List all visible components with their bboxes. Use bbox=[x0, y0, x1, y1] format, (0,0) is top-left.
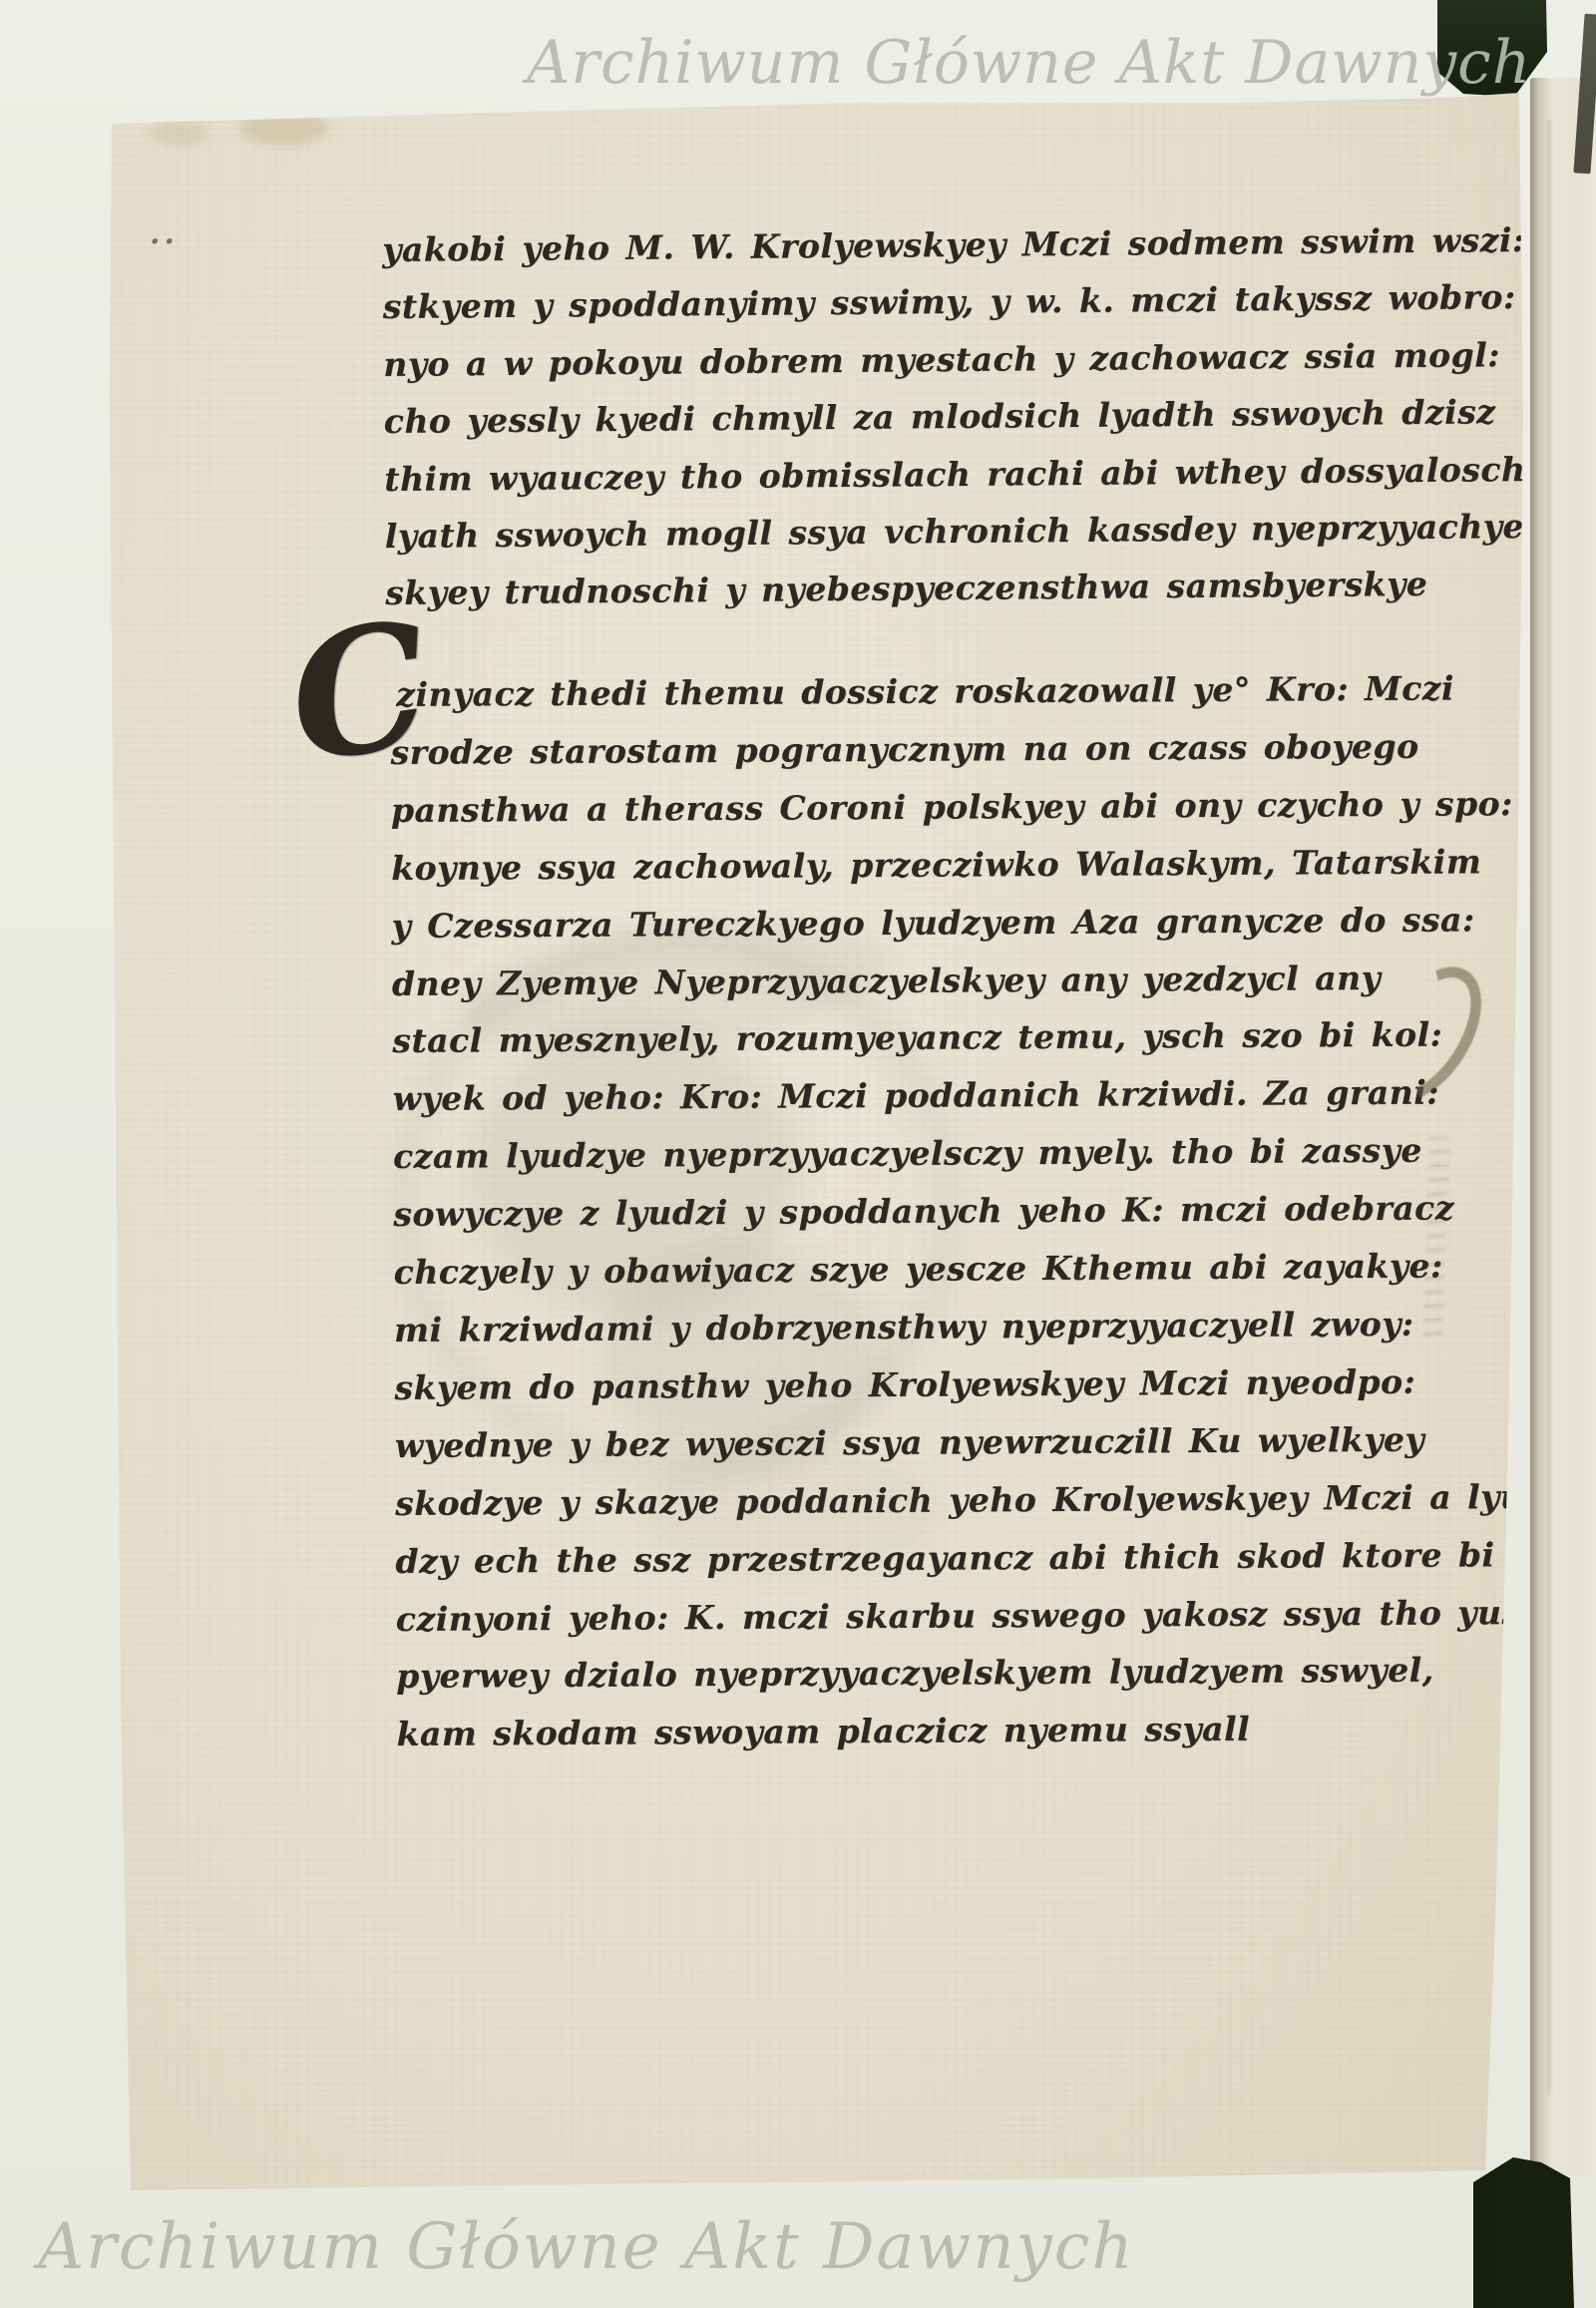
manuscript-line: cho yessly kyedi chmyll za mlodsich lyad… bbox=[384, 383, 1549, 451]
manuscript-line: pansthwa a therass Coroni polskyey abi o… bbox=[391, 774, 1596, 839]
manuscript-line: skodzye y skazye poddanich yeho Krolyews… bbox=[395, 1467, 1596, 1532]
handwritten-paragraph-2-rest: srodze starostam pogranycznym na on czas… bbox=[390, 716, 1596, 1763]
manuscript-line: skyey trudnoschi y nyebespyeczensthwa sa… bbox=[385, 555, 1550, 622]
watermark-bottom: Archiwum Główne Akt Dawnych bbox=[38, 2210, 1135, 2284]
manuscript-line: sowyczye z lyudzi y spoddanych yeho K: m… bbox=[393, 1179, 1596, 1244]
manuscript-page: ·· yakobi yeho M. W. Krolyewskyey Mczi s… bbox=[0, 0, 1596, 2308]
margin-dots: ·· bbox=[150, 227, 179, 257]
manuscript-line: srodze starostam pogranycznym na on czas… bbox=[390, 716, 1596, 781]
manuscript-line: yakobi yeho M. W. Krolyewskyey Mczi sodm… bbox=[382, 211, 1547, 279]
manuscript-line: pyerwey dzialo nyeprzyyaczyelskyem lyudz… bbox=[396, 1641, 1596, 1706]
manuscript-line: dzy ech the ssz przestrzegayancz abi thi… bbox=[395, 1525, 1596, 1590]
manuscript-line: lyath sswoych mogll ssya vchronich kassd… bbox=[385, 498, 1550, 566]
manuscript-line: czinyoni yeho: K. mczi skarbu sswego yak… bbox=[396, 1583, 1596, 1648]
paper-stain bbox=[239, 112, 329, 146]
manuscript-line: wyednye y bez wyesczi ssya nyewrzuczill … bbox=[395, 1409, 1596, 1474]
facing-page-edge bbox=[1530, 78, 1596, 2176]
handwritten-paragraph-2: zinyacz thedi themu dossicz roskazowall … bbox=[390, 658, 1596, 1763]
manuscript-line: kam skodam sswoyam placzicz nyemu ssyall bbox=[396, 1699, 1596, 1763]
watermark-top: Archiwum Główne Akt Dawnych bbox=[527, 28, 1531, 98]
manuscript-line: mi krziwdami y dobrzyensthwy nyeprzyyacz… bbox=[394, 1294, 1596, 1358]
facing-page-crease bbox=[1548, 120, 1550, 2095]
manuscript-line: skyem do pansthw yeho Krolyewskyey Mczi … bbox=[394, 1351, 1596, 1416]
paper-stain bbox=[150, 120, 209, 146]
manuscript-line: czam lyudzye nyeprzyyaczyelsczy myely. t… bbox=[393, 1121, 1596, 1186]
manuscript-line: koynye ssya zachowaly, przecziwko Walask… bbox=[391, 832, 1596, 897]
archival-scan: { "watermarks": { "top": "Archiwum Główn… bbox=[0, 0, 1596, 2308]
manuscript-line: chczyely y obawiyacz szye yescze Kthemu … bbox=[394, 1237, 1596, 1302]
handwritten-paragraph-1: yakobi yeho M. W. Krolyewskyey Mczi sodm… bbox=[382, 211, 1550, 622]
manuscript-line: stkyem y spoddanyimy sswimy, y w. k. mcz… bbox=[383, 268, 1548, 336]
manuscript-line: zinyacz thedi themu dossicz roskazowall … bbox=[396, 658, 1596, 723]
manuscript-line: y Czessarza Tureczkyego lyudzyem Aza gra… bbox=[391, 890, 1596, 955]
manuscript-line: thim wyauczey tho obmisslach rachi abi w… bbox=[384, 440, 1549, 508]
manuscript-line: nyo a w pokoyu dobrem myestach y zachowa… bbox=[383, 326, 1548, 394]
